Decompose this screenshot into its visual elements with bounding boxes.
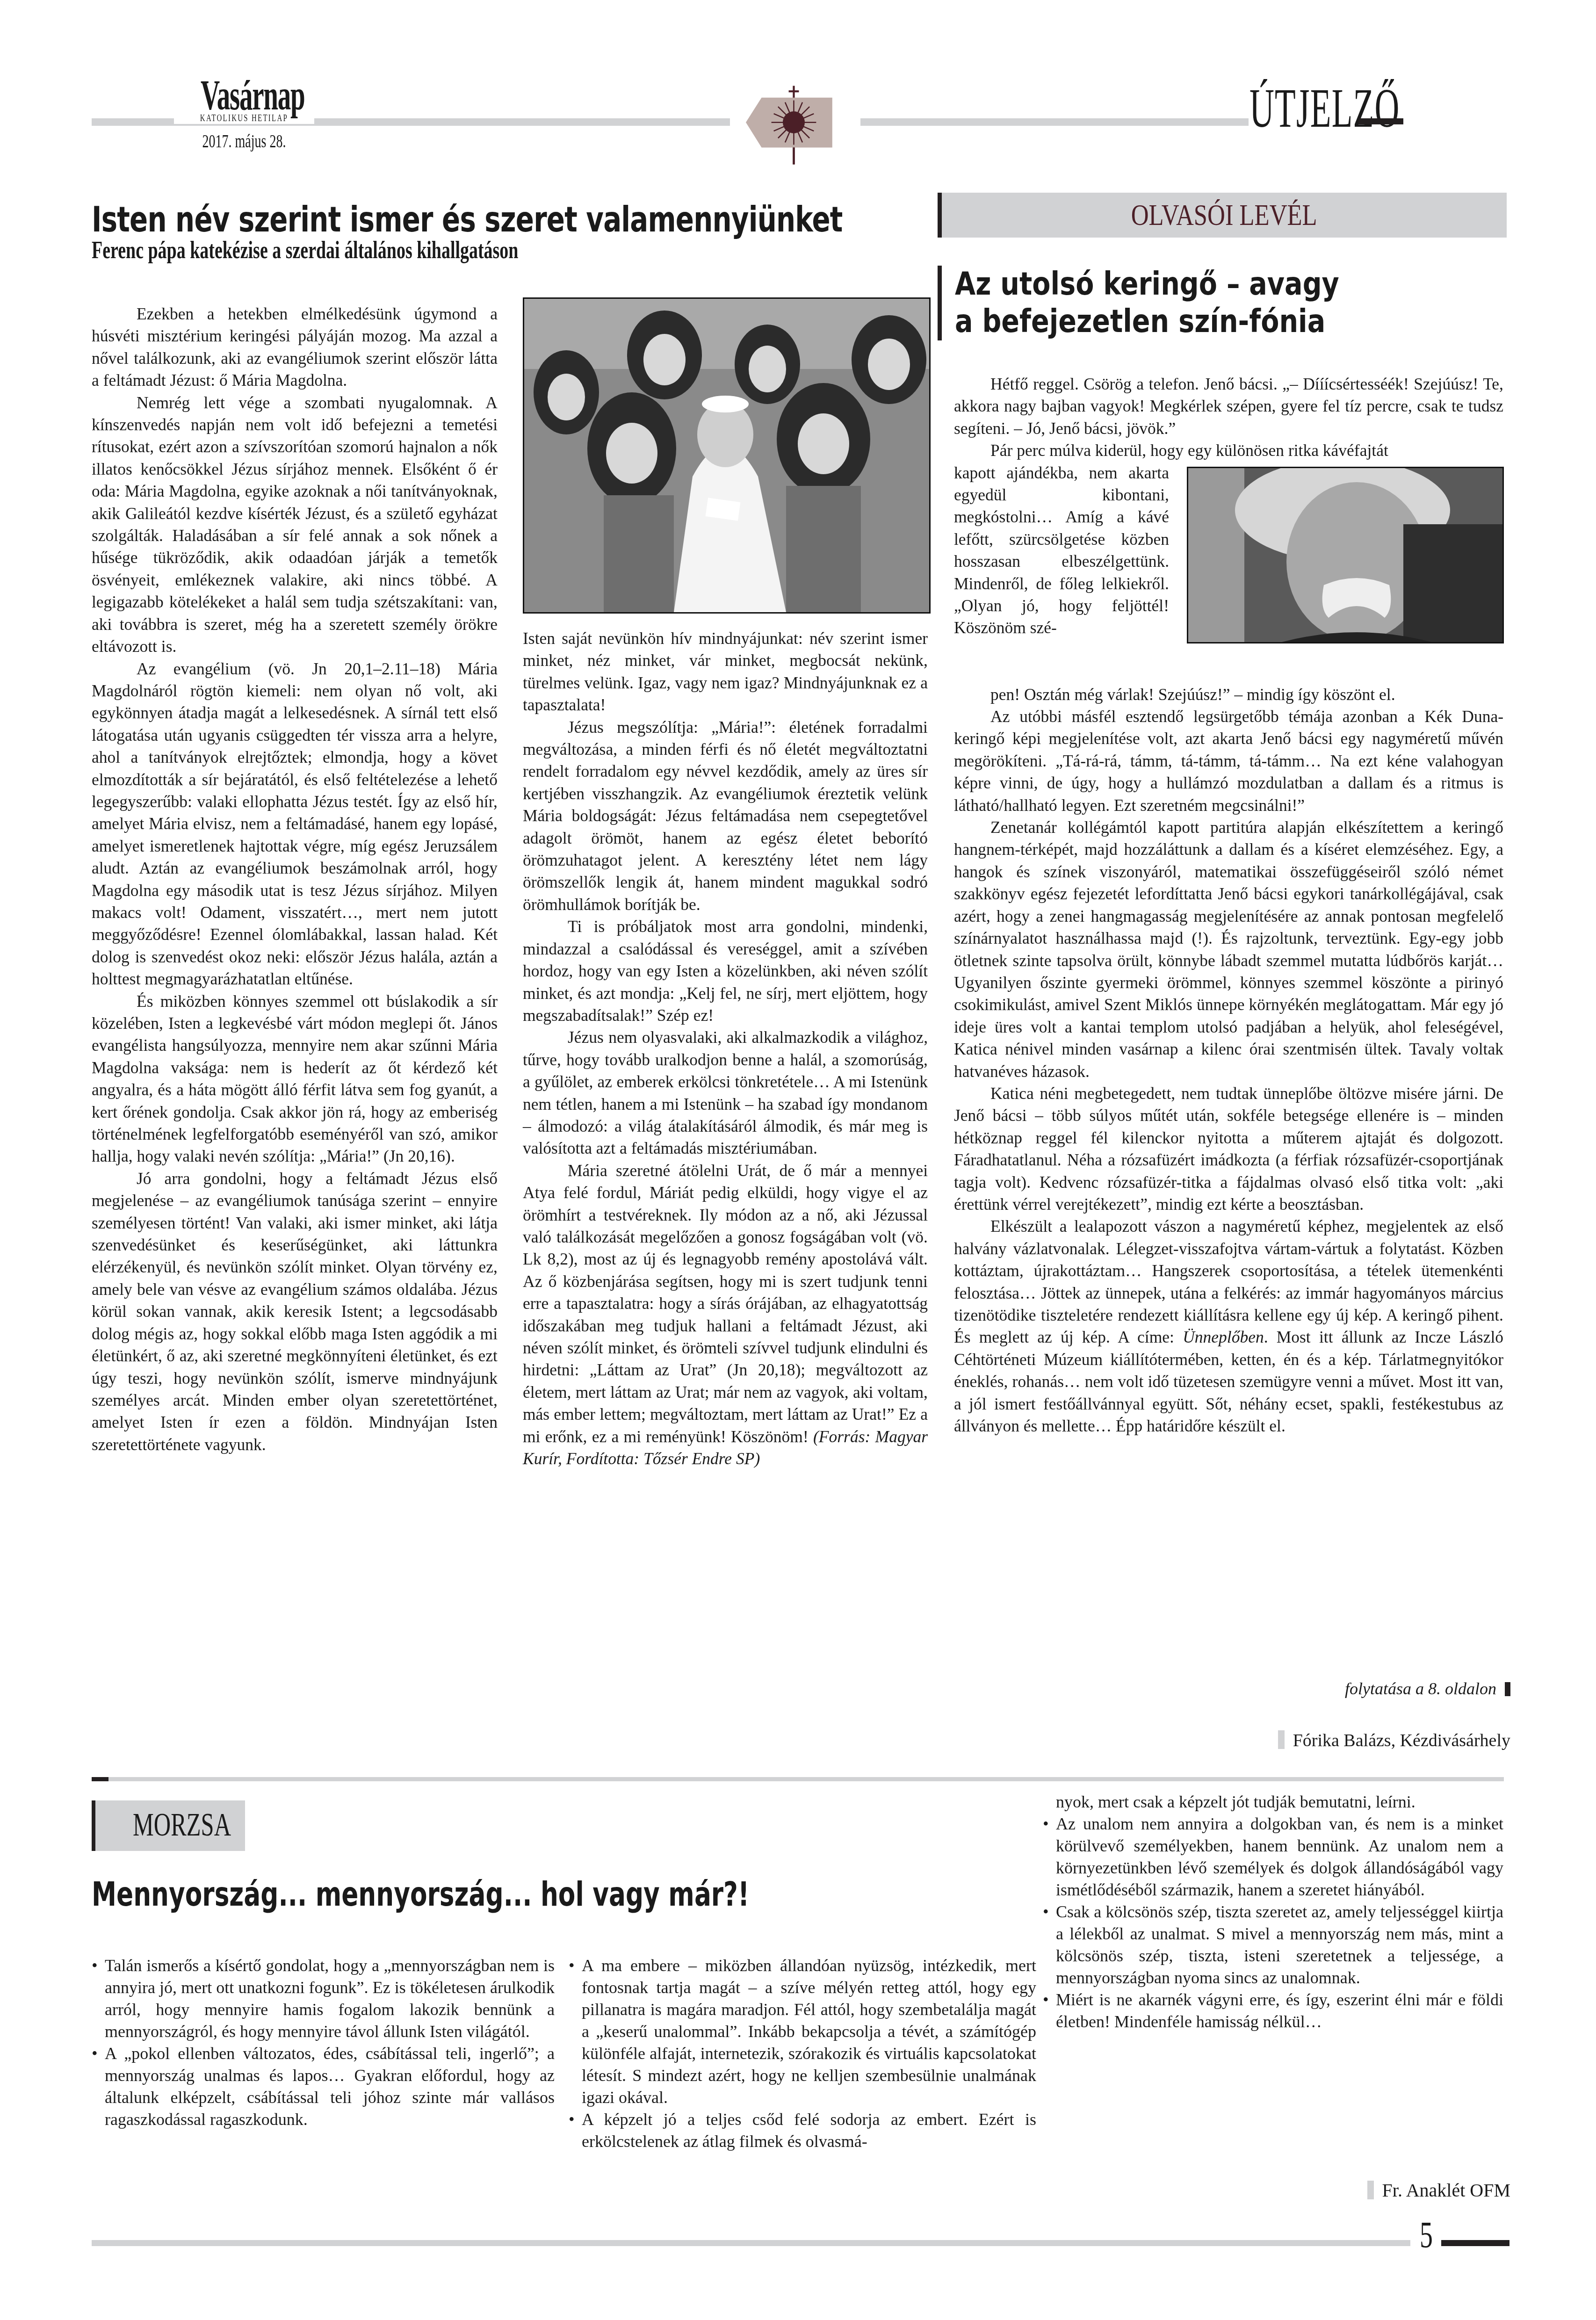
letter-headline-line-1: Az utolsó keringő – avagy	[955, 266, 1339, 303]
paragraph: Jó arra gondolni, hogy a feltámadt Jézus…	[92, 1168, 498, 1456]
morzsa-author: Fr. Anaklét OFM	[1367, 2179, 1510, 2201]
photo-placeholder-icon	[524, 299, 929, 612]
continued-note[interactable]: folytatása a 8. oldalon	[1345, 1679, 1510, 1698]
paragraph: Ezekben a hetekben elmélkedésünk úgymond…	[92, 303, 498, 392]
footer-rule-accent	[1441, 2240, 1509, 2246]
article-column-1: Ezekben a hetekben elmélkedésünk úgymond…	[92, 303, 498, 1456]
wrapped-text: kapott ajándékba, nem akarta egyedül kib…	[954, 462, 1169, 639]
author-name: Fr. Anaklét OFM	[1382, 2180, 1510, 2201]
paragraph: Jézus megszólítja: „Mária!”: életének fo…	[523, 716, 928, 916]
paragraph: Az utóbbi másfél esztendő legsürgetőbb t…	[954, 706, 1503, 817]
list-item: Csak a kölcsönös szép, tiszta szeretet a…	[1043, 1901, 1503, 1989]
list-item-continuation: nyok, mert csak a képzelt jót tudják bem…	[1043, 1791, 1503, 1813]
letter-headline-line-2: a befejezetlen szín-fónia	[955, 303, 1339, 340]
paragraph: És miközben könnyes szemmel ott búslakod…	[92, 990, 498, 1168]
paragraph: Isten saját nevünkön hív mindnyájunkat: …	[523, 628, 928, 716]
pope-with-nuns-photo	[523, 297, 931, 614]
paragraph: Mária szeretné átölelni Urát, de ő már a…	[523, 1160, 928, 1470]
list-item: Talán ismerős a kísértő gondolat, hogy a…	[92, 1955, 555, 2043]
artwork-title: Ünneplőben	[1183, 1328, 1264, 1346]
section-label: OLVASÓI LEVÉL	[1131, 193, 1317, 238]
letter-author: Fórika Balázs, Kézdivásárhely	[1278, 1730, 1510, 1751]
paragraph: pen! Osztán még várlak! Szejúúsz!” – min…	[954, 684, 1503, 706]
article-headline: Isten név szerint ismer és szeret valame…	[92, 201, 843, 239]
paragraph: Hétfő reggel. Csörög a telefon. Jenő bác…	[954, 373, 1503, 440]
list-item: A képzelt jó a teljes csőd felé sodorja …	[569, 2109, 1036, 2153]
section-title-bar	[1358, 118, 1403, 124]
author-name: Fórika Balázs, Kézdivásárhely	[1293, 1731, 1510, 1750]
author-mark	[1278, 1730, 1285, 1749]
paragraph: Jézus nem olyasvalaki, aki alkalmazkodik…	[523, 1026, 928, 1159]
header-rule-right	[860, 118, 1249, 126]
footer-rule	[92, 2240, 1410, 2246]
portrait-photo	[1187, 467, 1504, 643]
section-title: ÚTJELZŐ	[1249, 80, 1400, 137]
portrait-placeholder-icon	[1188, 468, 1502, 642]
list-item: Az unalom nem annyira a dolgokban van, é…	[1043, 1813, 1503, 1901]
paragraph: Ti is próbáljatok most arra gondolni, mi…	[523, 916, 928, 1026]
paragraph: Nemrég lett vége a szombati nyugalomnak.…	[92, 392, 498, 658]
continued-label: folytatása a 8. oldalon	[1345, 1679, 1496, 1698]
morzsa-column-3: nyok, mert csak a képzelt jót tudják bem…	[1043, 1791, 1503, 2033]
monstrance-emblem-icon	[734, 75, 856, 173]
morzsa-label-box: MORZSA	[92, 1800, 245, 1851]
paragraph: Pár perc múlva kiderül, hogy egy különös…	[954, 440, 1503, 462]
list-item: A „pokol ellenben változatos, édes, csáb…	[92, 2043, 555, 2131]
paragraph-text: Mária szeretné átölelni Urát, de ő már a…	[523, 1161, 928, 1446]
page-number: 5	[1420, 2217, 1433, 2254]
paragraph: Katica néni megbetegedett, nem tudtak ün…	[954, 1083, 1503, 1215]
section-divider	[92, 1777, 1504, 1781]
paragraph: Az evangélium (vö. Jn 20,1–2.11–18) Mári…	[92, 658, 498, 990]
morzsa-column-2: A ma embere – miközben állandóan nyüzsög…	[569, 1955, 1036, 2153]
morzsa-column-1: Talán ismerős a kísértő gondolat, hogy a…	[92, 1955, 555, 2131]
letter-headline: Az utolsó keringő – avagy a befejezetlen…	[938, 266, 1412, 340]
section-label-box: OLVASÓI LEVÉL	[938, 193, 1507, 238]
morzsa-headline: Mennyország... mennyország... hol vagy m…	[92, 1875, 749, 1913]
paragraph-text: Elkészült a lealapozott vászon a nagymér…	[954, 1217, 1503, 1346]
paragraph: Elkészült a lealapozott vászon a nagymér…	[954, 1215, 1503, 1437]
morzsa-label: MORZSA	[133, 1809, 231, 1842]
newspaper-name: Vasárnap	[201, 75, 288, 115]
article-column-2: Isten saját nevünkön hív mindnyájunkat: …	[523, 628, 928, 1470]
author-mark	[1367, 2181, 1374, 2199]
article-subheadline: Ferenc pápa katekézise a szerdai általán…	[92, 238, 518, 264]
letter-column: Hétfő reggel. Csörög a telefon. Jenő bác…	[954, 373, 1503, 1437]
masthead-logo: Vasárnap KATOLIKUS HETILAP	[174, 75, 314, 124]
list-item: A ma embere – miközben állandóan nyüzsög…	[569, 1955, 1036, 2109]
issue-date: 2017. május 28.	[195, 130, 293, 152]
paragraph: Zenetanár kollégámtól kapott partitúra a…	[954, 817, 1503, 1083]
end-mark	[1505, 1682, 1510, 1696]
section-divider-accent	[92, 1777, 108, 1781]
newspaper-subtitle: KATOLIKUS HETILAP	[192, 113, 297, 124]
list-item: Miért is ne akarnék vágyni erre, és így,…	[1043, 1989, 1503, 2033]
